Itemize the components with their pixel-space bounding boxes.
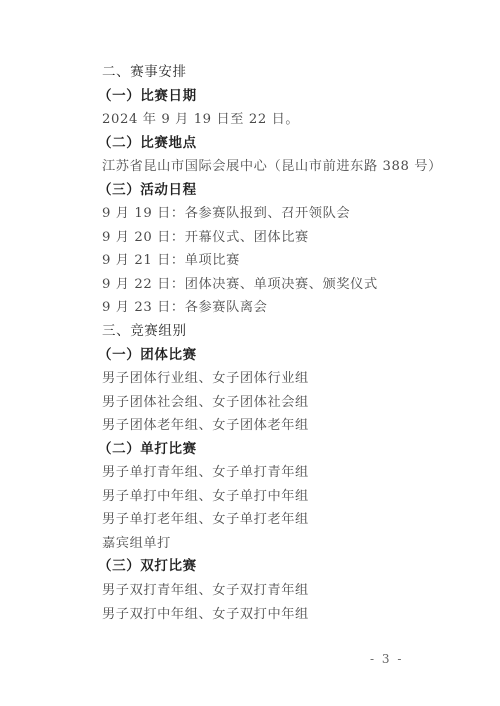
group-item: 男子团体社会组、女子团体社会组 [102,391,462,415]
subheading-doubles: （三）双打比赛 [98,555,462,579]
page-number: - 3 - [370,652,403,666]
group-item: 男子单打中年组、女子单打中年组 [102,485,462,509]
group-item: 男子双打中年组、女子双打中年组 [102,603,462,627]
schedule-item: 9 月 19 日：各参赛队报到、召开领队会 [102,202,462,226]
subheading-activity-schedule: （三）活动日程 [98,179,462,203]
group-item: 男子单打青年组、女子单打青年组 [102,461,462,485]
schedule-item: 9 月 20 日：开幕仪式、团体比赛 [102,226,462,250]
group-item: 男子团体行业组、女子团体行业组 [102,367,462,391]
subheading-team: （一）团体比赛 [98,344,462,368]
group-item: 男子双打青年组、女子双打青年组 [102,579,462,603]
date-text: 2024 年 9 月 19 日至 22 日。 [102,108,462,132]
schedule-item: 9 月 21 日：单项比赛 [102,249,462,273]
document-body: 二、赛事安排 （一）比赛日期 2024 年 9 月 19 日至 22 日。 （二… [102,61,462,626]
group-item: 男子单打老年组、女子单打老年组 [102,508,462,532]
venue-text: 江苏省昆山市国际会展中心（昆山市前进东路 388 号） [102,155,462,179]
subheading-singles: （二）单打比赛 [98,438,462,462]
document-page: 二、赛事安排 （一）比赛日期 2024 年 9 月 19 日至 22 日。 （二… [0,0,500,706]
group-item: 嘉宾组单打 [102,532,462,556]
subheading-venue: （二）比赛地点 [98,132,462,156]
subheading-date: （一）比赛日期 [98,85,462,109]
section-title-groups: 三、竞赛组别 [102,320,462,344]
schedule-item: 9 月 23 日：各参赛队离会 [102,296,462,320]
group-item: 男子团体老年组、女子团体老年组 [102,414,462,438]
section-title-schedule: 二、赛事安排 [102,61,462,85]
schedule-item: 9 月 22 日：团体决赛、单项决赛、颁奖仪式 [102,273,462,297]
